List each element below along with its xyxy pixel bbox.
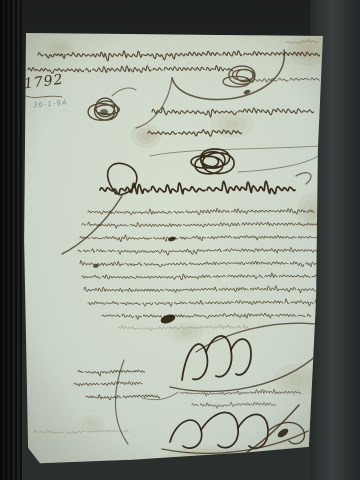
scanned-document-photo: 1792 36-1-9A (0, 0, 360, 480)
book-spine-shadow (0, 0, 22, 480)
